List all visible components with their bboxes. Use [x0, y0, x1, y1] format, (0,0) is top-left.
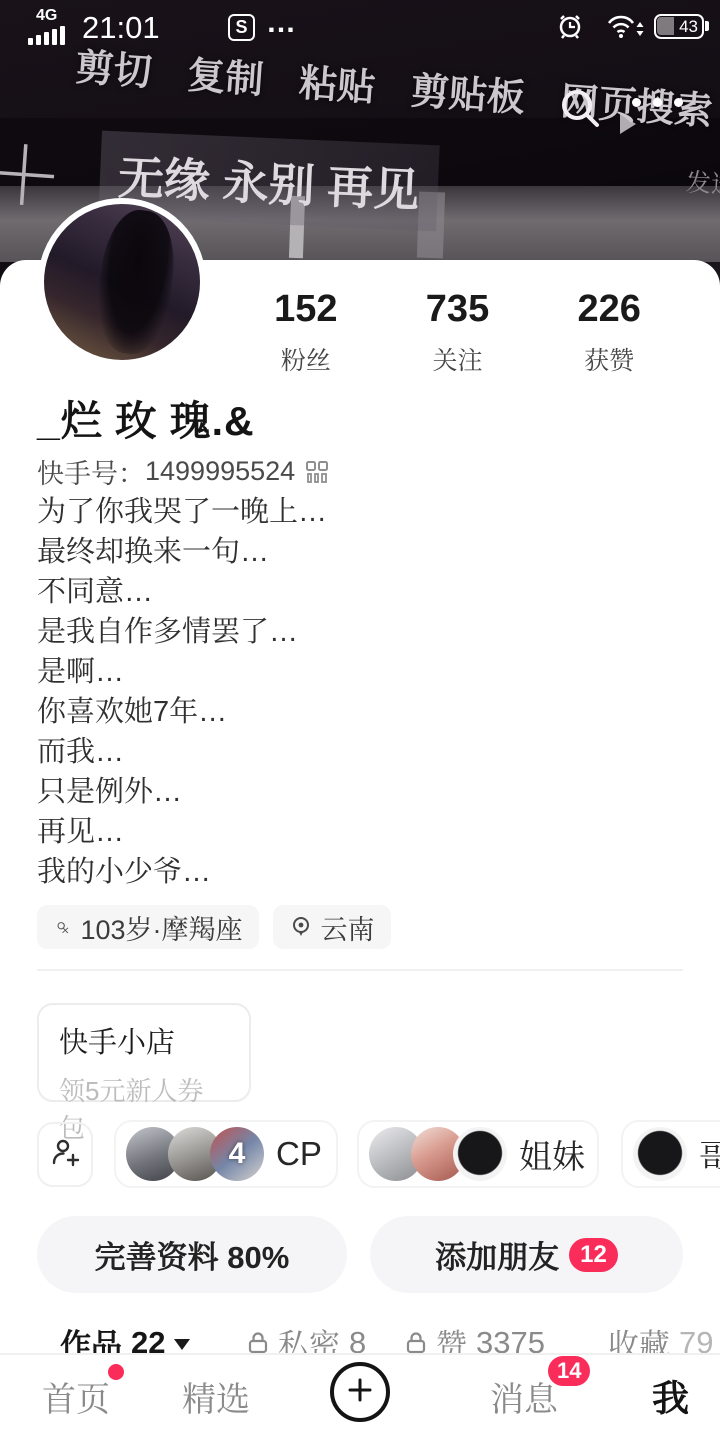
nav-home-label: 首页: [42, 1381, 110, 1419]
add-friends-button[interactable]: 添加朋友 12: [370, 1216, 683, 1293]
shop-title: 快手小店: [59, 1020, 229, 1061]
complete-profile-label: 完善资料 80%: [95, 1232, 290, 1277]
person-add-icon: [49, 1136, 81, 1173]
bio-line: 最终却换来一句…: [37, 532, 327, 572]
bio-line: 再见…: [37, 812, 327, 852]
user-id-value: 1499995524: [145, 456, 295, 487]
banner-send-label: 发送: [685, 163, 720, 202]
female-icon: ♀: [45, 909, 80, 945]
friend-group-label: 姐妹: [519, 1131, 585, 1178]
avatar: [633, 1127, 687, 1181]
avatar: 4: [210, 1127, 264, 1181]
banner-menu-item: 粘贴: [298, 52, 378, 112]
stat-likes[interactable]: 226 获赞: [533, 288, 685, 377]
status-more: …: [266, 6, 298, 40]
user-id-label: 快手号：: [37, 452, 145, 491]
tag-text: 云南: [321, 908, 375, 947]
nav-me[interactable]: 我: [652, 1368, 689, 1422]
likes-count: 226: [533, 288, 685, 331]
complete-profile-button[interactable]: 完善资料 80%: [37, 1216, 347, 1293]
banner-menu-item: 复制: [186, 44, 266, 104]
lock-icon: [247, 1331, 269, 1355]
group-count-badge: 4: [210, 1127, 264, 1181]
tags-row: ♀ 103岁·摩羯座 云南: [37, 905, 391, 949]
tag-age-zodiac[interactable]: ♀ 103岁·摩羯座: [37, 905, 259, 949]
add-friends-label: 添加朋友: [435, 1232, 559, 1277]
avatar: [453, 1127, 507, 1181]
more-icon[interactable]: [632, 98, 683, 107]
stats-row: 152 粉丝 735 关注 226 获赞: [230, 288, 685, 377]
likes-label: 获赞: [533, 341, 685, 377]
signal-icon: 4G: [28, 7, 65, 45]
shop-card[interactable]: 快手小店 领5元新人券包: [37, 1003, 251, 1102]
network-type: 4G: [36, 7, 65, 25]
profile-page: 剪切 复制 粘贴 剪贴板 网页搜索 ＋ 无缘 永别 再见 发送 4G 21:01…: [0, 0, 720, 1436]
bio-line: 是我自作多情罢了…: [37, 612, 327, 652]
bio-line: 为了你我哭了一晚上…: [37, 492, 327, 532]
nav-messages[interactable]: 消息 14: [490, 1372, 558, 1421]
bio-line: 我的小少爷…: [37, 852, 327, 892]
divider: [37, 969, 683, 971]
create-post-button[interactable]: [330, 1362, 390, 1422]
followers-count: 152: [230, 288, 382, 331]
following-count: 735: [382, 288, 534, 331]
nav-home[interactable]: 首页 .nav-home{position:absolute}: [42, 1372, 110, 1421]
friend-group-label: 哥们: [699, 1131, 720, 1178]
friend-group-sisters[interactable]: 姐妹: [357, 1120, 599, 1188]
user-id-row: 快手号： 1499995524: [37, 452, 329, 491]
followers-label: 粉丝: [230, 341, 382, 377]
play-triangle-icon: [620, 114, 636, 134]
nav-featured-label: 精选: [182, 1381, 250, 1419]
username: _烂 玫 瑰.&: [37, 388, 255, 447]
bio: 为了你我哭了一晚上… 最终却换来一句… 不同意… 是我自作多情罢了… 是啊… 你…: [37, 492, 327, 892]
bottom-nav: 首页 .nav-home{position:absolute} 精选 消息 14…: [0, 1353, 720, 1436]
bio-line: 是啊…: [37, 652, 327, 692]
avatar[interactable]: [38, 198, 206, 366]
friend-group-brothers[interactable]: 哥们: [621, 1120, 720, 1188]
add-friend-group-button[interactable]: [37, 1122, 93, 1187]
friend-group-cp[interactable]: 4 CP: [114, 1120, 338, 1188]
friend-group-label: CP: [276, 1135, 322, 1173]
stat-followers[interactable]: 152 粉丝: [230, 288, 382, 377]
bio-line: 你喜欢她7年…: [37, 692, 327, 732]
nav-me-label: 我: [652, 1378, 689, 1419]
tag-location[interactable]: 云南: [273, 905, 391, 949]
battery-icon: 43: [654, 14, 704, 39]
messages-badge: 14: [548, 1356, 590, 1386]
tag-text: 103岁·摩羯座: [81, 908, 243, 947]
search-icon[interactable]: [556, 84, 604, 132]
sim-badge: S: [228, 14, 255, 41]
bio-line: 不同意…: [37, 572, 327, 612]
alarm-icon: [556, 12, 584, 45]
following-label: 关注: [382, 341, 534, 377]
bio-line: 只是例外…: [37, 772, 327, 812]
banner-plus-glyph: ＋: [0, 109, 68, 229]
banner-menu-item: 剪贴板: [409, 59, 527, 122]
location-icon: [289, 915, 313, 939]
bio-line: 而我…: [37, 732, 327, 772]
stat-following[interactable]: 735 关注: [382, 288, 534, 377]
status-bar: 4G 21:01 S … 43: [0, 0, 720, 48]
nav-featured[interactable]: 精选: [182, 1372, 250, 1421]
battery-percent: 43: [679, 17, 698, 37]
notification-dot: [108, 1364, 124, 1380]
plus-icon: [345, 1375, 375, 1410]
add-friends-badge: 12: [569, 1238, 618, 1272]
wifi-icon: [606, 14, 646, 45]
nav-messages-label: 消息: [490, 1381, 558, 1419]
clock-time: 21:01: [82, 10, 160, 46]
chevron-down-icon: [174, 1339, 190, 1350]
lock-icon: [405, 1331, 427, 1355]
qr-code-icon[interactable]: [305, 460, 329, 484]
